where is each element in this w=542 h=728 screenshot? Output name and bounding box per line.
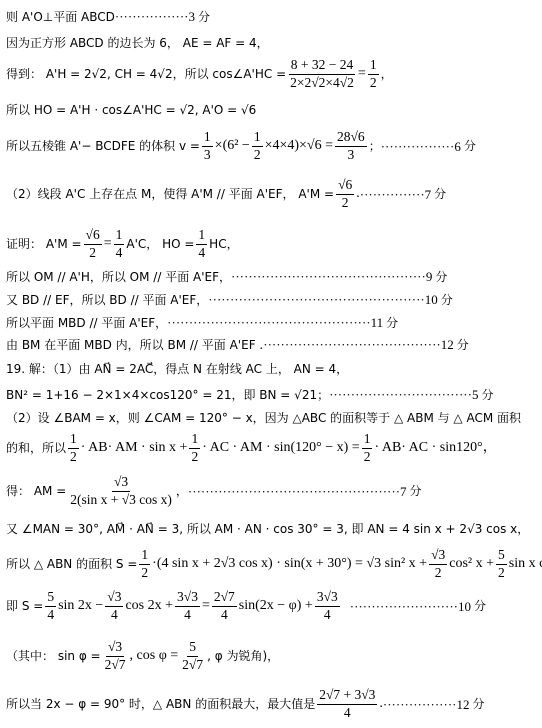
fraction-denominator: 4 [322,607,333,623]
line-text: 即 S = [6,600,43,612]
expression: sin x cos x [509,557,542,571]
score-leader-dots: ························· [350,600,458,613]
fraction-denominator: 4 [109,607,120,623]
line-text: 所以五棱锥 A'− BCDFE 的体积 v = [6,140,200,152]
problem-19-line-2: BN² = 1+16 − 2×1×4×cos120° = 21，即 BN = √… [6,388,493,401]
proof-line-7: 证明： A'M = √62 = 14 A'C， HO = 14 HC， [6,228,239,261]
score-leader-dots: ········································… [167,316,370,329]
fraction-denominator: 2√7 [180,657,205,673]
fraction: 12 [139,548,150,581]
fraction: 12 [362,432,373,465]
score-unit: 分 [441,294,453,306]
line-text: 由 BM 在平面 MBD 内，所以 BM // 平面 A'EF . [6,339,263,351]
fraction-numerator: 3√3 [315,590,340,607]
fraction-denominator: 2(sin x + √3 cos x) [68,492,174,508]
line-text: 又 BD // EF，所以 BD // 平面 A'EF， [6,294,208,306]
fraction-numerator: 5 [187,640,198,657]
line-text: 的和，所以 [6,442,66,454]
line-text: （其中： sin φ = [6,650,101,662]
fraction-numerator: 8 + 32 − 24 [289,58,355,75]
fraction-numerator: 1 [362,432,373,449]
fraction-denominator: 2 [433,565,444,581]
fraction-numerator: 1 [139,548,150,565]
expression: = [202,599,210,613]
fraction-denominator: 2 [139,565,150,581]
fraction-denominator: 2 [189,449,200,465]
score-unit: 分 [457,339,469,351]
fraction: 12 [68,432,79,465]
fraction-denominator: 4 [219,607,230,623]
fraction-denominator: 4 [342,705,353,721]
fraction: 2√74 [212,590,237,623]
fraction-denominator: 2 [252,147,263,163]
proof-line-11: 由 BM 在平面 MBD 内，所以 BM // 平面 A'EF . ······… [6,338,469,351]
problem-19-line-1: 19. 解：（1）由 AN⃗ = 2AC⃗，得点 N 在射线 AC 上， AN … [6,363,348,375]
fraction-denominator: 3 [345,147,356,163]
fraction-numerator: √3 [112,475,130,492]
fraction-numerator: 1 [368,58,379,75]
score-unit: 分 [473,698,485,710]
fraction-denominator: 2√7 [103,657,128,673]
score-leader-dots: ········································… [208,293,424,306]
proof-line-8: 所以 OM // A'H，所以 OM // 平面 A'EF， ·········… [6,270,447,283]
fraction-numerator: √3 [106,640,124,657]
score-unit: 分 [198,11,210,23]
fraction-numerator: 5 [496,548,507,565]
fraction: √62 [336,178,354,211]
line-text: 又 ∠MAN = 30°, AM⃗ · AN⃗ = 3, 所以 AM · AN … [6,523,529,535]
score-unit: 分 [386,317,398,329]
fraction-numerator: √3 [429,548,447,565]
score-value: 3 [189,10,196,23]
fraction-numerator: 1 [252,130,263,147]
line-text: 所以当 2x − φ = 90° 时，△ ABN 的面积最大，最大值是 [6,698,315,710]
proof-line-2: 因为正方形 ABCD 的边长为 6， AE = AF = 4， [6,37,269,49]
proof-line-1: 则 A'O⊥平面 ABCD ················· 3 分 [6,10,210,23]
fraction-denominator: 2 [68,449,79,465]
fraction: 54 [45,590,56,623]
expression: · AB· AM · sin x + [81,441,188,455]
fraction-denominator: 2 [362,449,373,465]
fraction-half: 1 2 [368,58,379,91]
score-leader-dots: ················· [381,140,455,153]
line-text: 得： AM = [6,485,66,497]
expression: sin 2x − [58,599,103,613]
score-value: 12 [457,698,470,711]
fraction: 3√34 [175,590,200,623]
score-value: 9 [426,270,433,283]
line-text: 得到： A'H = 2√2, CH = 4√2，所以 cos∠A'HC = [6,68,286,80]
expression: ·(4 sin x + 2√3 cos x) · sin(x + 30°) = … [152,557,427,571]
fraction: 14 [114,228,125,261]
line-text: 证明： A'M = [6,238,82,250]
score-value: 7 [400,485,407,498]
fraction: 28√63 [335,130,367,163]
score-value: 7 [425,188,432,201]
fraction-numerator: 1 [114,228,125,245]
fraction: √34 [105,590,123,623]
fraction-denominator: 4 [45,607,56,623]
punctuation: ， [381,68,393,80]
fraction-numerator: 1 [189,432,200,449]
fraction-cos-value: 8 + 32 − 24 2×2√2×4√2 [288,58,356,91]
score-leader-dots: ················· [115,10,189,23]
line-text: 所以 OM // A'H，所以 OM // 平面 A'EF， [6,271,231,283]
problem-19-line-10: 所以当 2x − φ = 90° 时，△ ABN 的面积最大，最大值是 2√7 … [6,688,485,721]
score-leader-dots: ················· [383,698,457,711]
proof-line-9: 又 BD // EF，所以 BD // 平面 A'EF， ···········… [6,293,453,306]
line-text: BN² = 1+16 − 2×1×4×cos120° = 21，即 BN = √… [6,389,329,401]
fraction-numerator: 1 [202,130,213,147]
score-value: 6 [454,140,461,153]
fraction-denominator: 2 [340,195,351,211]
line-text: 因为正方形 ABCD 的边长为 6， AE = AF = 4， [6,37,269,49]
expression: cos² x + [449,557,494,571]
line-text: 所以 △ ABN 的面积 S = [6,558,137,570]
fraction: 52√7 [180,640,205,673]
fraction-numerator: √3 [105,590,123,607]
score-unit: 分 [434,188,446,200]
line-text: 所以 HO = A'H · cos∠A'HC = √2, A'O = √6 [6,104,256,116]
score-value: 11 [371,316,384,329]
expression: ×4×4)×√6 = [265,139,333,153]
score-value: 10 [425,293,438,306]
fraction-numerator: 2√7 [212,590,237,607]
fraction: 14 [196,228,207,261]
fraction: 13 [202,130,213,163]
fraction-denominator: 4 [182,607,193,623]
punctuation: ； [369,140,381,152]
fraction-denominator: 2 [87,245,98,261]
expression: , φ 为锐角)， [207,650,279,662]
proof-line-3: 得到： A'H = 2√2, CH = 4√2，所以 cos∠A'HC = 8 … [6,58,393,91]
expression: HC， [209,238,238,250]
fraction-numerator: √6 [336,178,354,195]
punctuation: ， [176,485,188,497]
score-value: 10 [458,600,471,613]
fraction-denominator: 4 [114,245,125,261]
fraction: √62 [84,228,102,261]
fraction-numerator: 2√7 + 3√3 [317,688,377,705]
score-unit: 分 [474,600,486,612]
expression: , cos φ = [130,649,179,663]
line-text: （2）设 ∠BAM = x，则 ∠CAM = 120° − x，因为 △ABC … [6,412,521,424]
score-leader-dots: ········································… [263,338,441,351]
problem-19-line-8: 即 S = 54 sin 2x − √34 cos 2x + 3√34 = 2√… [6,590,486,623]
fraction-denominator: 2 [496,565,507,581]
proof-line-10: 所以平面 MBD // 平面 A'EF， ···················… [6,316,398,329]
fraction: 2√7 + 3√34 [317,688,377,721]
problem-19-line-5: 得： AM = √32(sin x + √3 cos x) ， ········… [6,475,422,508]
score-value: 12 [441,338,454,351]
problem-19-line-4: 的和，所以 12 · AB· AM · sin x + 12 · AC · AM… [6,432,497,465]
fraction: 12 [252,130,263,163]
fraction: 3√34 [315,590,340,623]
score-unit: 分 [435,271,447,283]
fraction-denominator: 2 [368,75,379,91]
line-text: 所以平面 MBD // 平面 A'EF， [6,317,167,329]
fraction: 52 [496,548,507,581]
score-value: 5 [472,388,479,401]
line-text: 则 A'O⊥平面 ABCD [6,11,115,23]
fraction-numerator: 1 [196,228,207,245]
line-text: （2）线段 A'C 上存在点 M，使得 A'M // 平面 A'EF， A'M … [6,188,334,200]
fraction-numerator: 5 [45,590,56,607]
score-leader-dots: ········································… [231,270,426,283]
score-unit: 分 [481,389,493,401]
fraction: √32√7 [103,640,128,673]
equals-sign: = [358,67,366,81]
score-unit: 分 [410,485,422,497]
fraction: 12 [189,432,200,465]
fraction: √32(sin x + √3 cos x) [68,475,174,508]
problem-19-line-6: 又 ∠MAN = 30°, AM⃗ · AN⃗ = 3, 所以 AM · AN … [6,523,529,535]
expression: A'C， HO = [126,238,194,250]
problem-19-line-7: 所以 △ ABN 的面积 S = 12 ·(4 sin x + 2√3 cos … [6,548,542,581]
score-unit: 分 [464,140,476,152]
proof-line-4: 所以 HO = A'H · cos∠A'HC = √2, A'O = √6 [6,104,256,116]
fraction-denominator: 2×2√2×4√2 [288,75,356,91]
fraction-denominator: 3 [202,147,213,163]
problem-19-line-3: （2）设 ∠BAM = x，则 ∠CAM = 120° − x，因为 △ABC … [6,412,521,424]
fraction-denominator: 4 [196,245,207,261]
expression: · AB· AC · sin120°， [374,441,496,455]
fraction-numerator: 1 [68,432,79,449]
fraction-numerator: 3√3 [175,590,200,607]
proof-line-5: 所以五棱锥 A'− BCDFE 的体积 v = 13 ×(6² − 12 ×4×… [6,130,476,163]
score-leader-dots: ································· [329,388,472,401]
proof-line-6: （2）线段 A'C 上存在点 M，使得 A'M // 平面 A'EF， A'M … [6,178,446,211]
problem-19-line-9: （其中： sin φ = √32√7 , cos φ = 52√7 , φ 为锐… [6,640,279,673]
expression: sin(2x − φ) + [239,599,313,613]
expression: ×(6² − [215,139,250,153]
expression: cos 2x + [125,599,173,613]
fraction-numerator: √6 [84,228,102,245]
line-text: 19. 解：（1）由 AN⃗ = 2AC⃗，得点 N 在射线 AC 上， AN … [6,363,348,375]
score-leader-dots: ··············· [360,188,425,201]
fraction: √32 [429,548,447,581]
fraction-numerator: 28√6 [335,130,367,147]
expression: · AC · AM · sin(120° − x) = [202,441,360,455]
expression: = [104,237,112,251]
score-leader-dots: ········································… [188,485,400,498]
